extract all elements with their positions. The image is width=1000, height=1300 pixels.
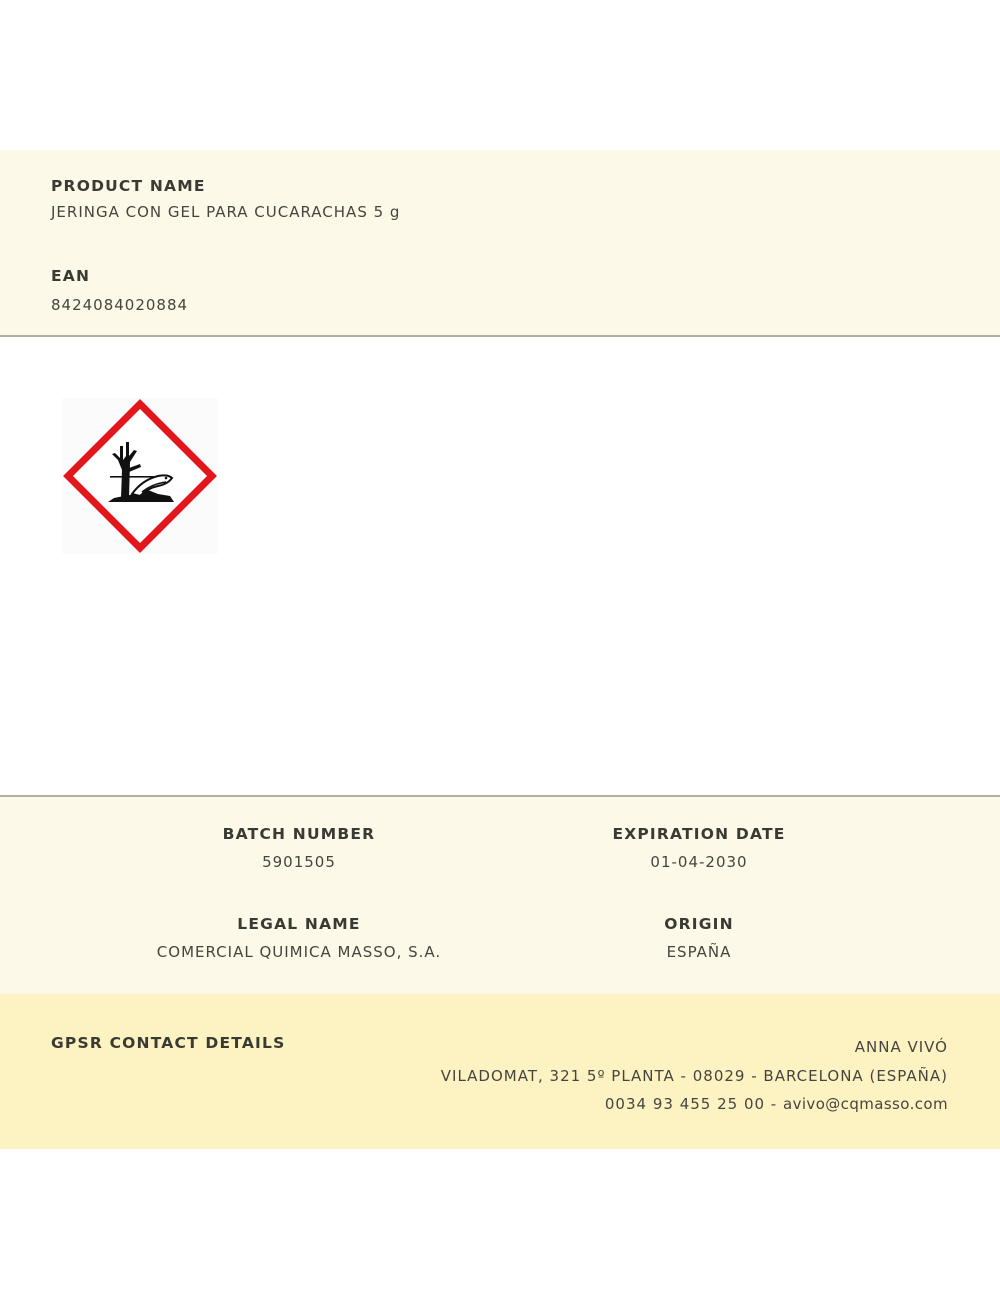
- origin-label: ORIGIN: [499, 915, 899, 933]
- ean-label: EAN: [51, 267, 90, 285]
- expiration-date-value: 01-04-2030: [499, 853, 899, 871]
- gpsr-phone: 0034 93 455 25 00: [605, 1095, 765, 1113]
- legal-name-value: COMERCIAL QUIMICA MASSO, S.A.: [99, 943, 499, 961]
- batch-number-cell: BATCH NUMBER 5901505: [99, 825, 499, 871]
- gpsr-separator: -: [765, 1095, 783, 1113]
- origin-cell: ORIGIN ESPAÑA: [499, 915, 899, 961]
- legal-name-cell: LEGAL NAME COMERCIAL QUIMICA MASSO, S.A.: [99, 915, 499, 961]
- product-section: PRODUCT NAME JERINGA CON GEL PARA CUCARA…: [0, 150, 1000, 337]
- origin-value: ESPAÑA: [499, 943, 899, 961]
- info-section: BATCH NUMBER 5901505 EXPIRATION DATE 01-…: [0, 795, 1000, 996]
- ean-value: 8424084020884: [51, 296, 188, 314]
- gpsr-address: VILADOMAT, 321 5º PLANTA - 08029 - BARCE…: [441, 1062, 948, 1091]
- gpsr-contact-name: ANNA VIVÓ: [441, 1033, 948, 1062]
- expiration-date-label: EXPIRATION DATE: [499, 825, 899, 843]
- gpsr-phone-email-line: 0034 93 455 25 00 - avivo@cqmasso.com: [441, 1090, 948, 1119]
- batch-number-value: 5901505: [99, 853, 499, 871]
- product-name-value: JERINGA CON GEL PARA CUCARACHAS 5 g: [51, 203, 400, 221]
- gpsr-email[interactable]: avivo@cqmasso.com: [783, 1095, 948, 1113]
- legal-name-label: LEGAL NAME: [99, 915, 499, 933]
- gpsr-contact-details: ANNA VIVÓ VILADOMAT, 321 5º PLANTA - 080…: [441, 1033, 948, 1119]
- ghs09-environment-hazard-icon: [62, 398, 218, 554]
- batch-number-label: BATCH NUMBER: [99, 825, 499, 843]
- product-name-label: PRODUCT NAME: [51, 177, 206, 195]
- expiration-date-cell: EXPIRATION DATE 01-04-2030: [499, 825, 899, 871]
- gpsr-contact-label: GPSR CONTACT DETAILS: [51, 1034, 285, 1052]
- gpsr-section: GPSR CONTACT DETAILS ANNA VIVÓ VILADOMAT…: [0, 994, 1000, 1149]
